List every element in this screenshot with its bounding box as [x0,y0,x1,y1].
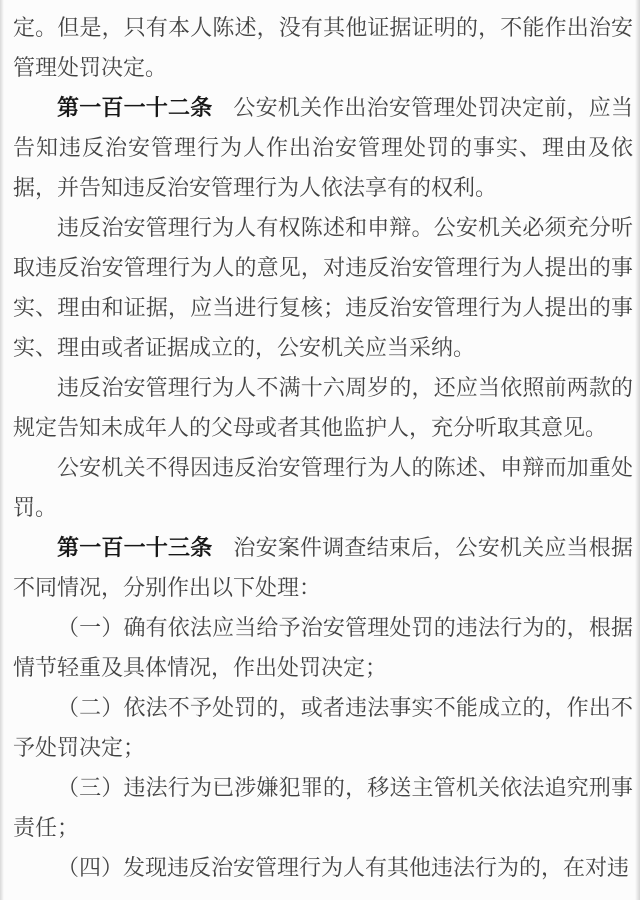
law-paragraph-item-1: （一）确有依法应当给予治安管理处罚的违法行为的，根据情节轻重及具体情况，作出处罚… [13,608,633,688]
paragraph-text: 定。但是，只有本人陈述，没有其他证据证明的，不能作出治安管理处罚决定。 [13,15,633,80]
law-paragraph-item-4: （四）发现违反治安管理行为人有其他违法行为的，在对违 [13,848,633,888]
law-paragraph-article-112: 第一百一十二条公安机关作出治安管理处罚决定前，应当告知违反治安管理行为人作出治安… [13,88,633,208]
law-paragraph: 违反治安管理行为人不满十六周岁的，还应当依照前两款的规定告知未成年人的父母或者其… [13,368,633,448]
paragraph-text: 公安机关不得因违反治安管理行为人的陈述、申辩而加重处罚。 [13,455,633,520]
paragraph-text: 违反治安管理行为人不满十六周岁的，还应当依照前两款的规定告知未成年人的父母或者其… [13,375,633,440]
article-number: 第一百一十二条 [57,95,212,120]
article-number: 第一百一十三条 [57,535,212,560]
law-paragraph-item-3: （三）违法行为已涉嫌犯罪的，移送主管机关依法追究刑事责任； [13,768,633,848]
law-paragraph-article-113: 第一百一十三条治安案件调查结束后，公安机关应当根据不同情况，分别作出以下处理： [13,528,633,608]
law-paragraph: 违反治安管理行为人有权陈述和申辩。公安机关必须充分听取违反治安管理行为人的意见，… [13,208,633,368]
law-paragraph-continuation: 定。但是，只有本人陈述，没有其他证据证明的，不能作出治安管理处罚决定。 [13,8,633,88]
paragraph-text: （三）违法行为已涉嫌犯罪的，移送主管机关依法追究刑事责任； [13,775,633,840]
law-paragraph-item-2: （二）依法不予处罚的，或者违法事实不能成立的，作出不予处罚决定； [13,688,633,768]
paragraph-text: （四）发现违反治安管理行为人有其他违法行为的，在对违 [57,855,629,880]
paragraph-text: （二）依法不予处罚的，或者违法事实不能成立的，作出不予处罚决定； [13,695,633,760]
paragraph-text: （一）确有依法应当给予治安管理处罚的违法行为的，根据情节轻重及具体情况，作出处罚… [13,615,633,680]
paragraph-text: 违反治安管理行为人有权陈述和申辩。公安机关必须充分听取违反治安管理行为人的意见，… [13,215,633,360]
law-paragraph: 公安机关不得因违反治安管理行为人的陈述、申辩而加重处罚。 [13,448,633,528]
law-document-page: 定。但是，只有本人陈述，没有其他证据证明的，不能作出治安管理处罚决定。 第一百一… [0,0,640,900]
